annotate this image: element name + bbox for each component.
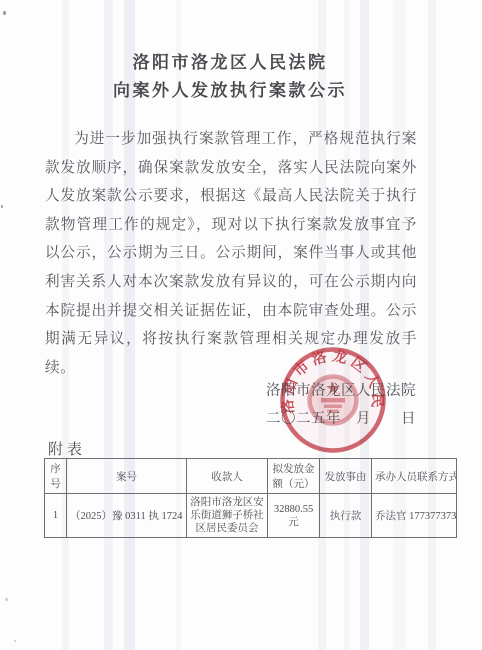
col-header-contact: 承办人员联系方式 — [372, 459, 457, 494]
cell-case-number: （2025）豫 0311 执 1724 号 — [67, 494, 187, 538]
attachment-table: 序号 案号 收款人 拟发放金额（元） 发放事由 承办人员联系方式 1 （2025… — [44, 458, 457, 538]
document-title-subject: 向案外人发放执行案款公示 — [40, 76, 420, 101]
scan-speck — [5, 598, 8, 601]
notice-body-paragraph: 为进一步加强执行案款管理工作，严格规范执行案款发放顺序，确保案款发放安全，落实人… — [45, 125, 417, 382]
table-header-row: 序号 案号 收款人 拟发放金额（元） 发放事由 承办人员联系方式 — [45, 459, 457, 494]
signature-date: 二〇二五年 月 日 — [266, 407, 416, 428]
cell-index: 1 — [45, 494, 67, 538]
cell-amount: 32880.55 元 — [268, 494, 320, 538]
document-title-court: 洛阳市洛龙区人民法院 — [40, 48, 420, 73]
cell-reason: 执行款 — [320, 494, 372, 538]
attachment-table-label: 附表 — [48, 438, 86, 459]
table-row: 1 （2025）豫 0311 执 1724 号 洛阳市洛龙区安乐街道狮子桥社区居… — [45, 494, 457, 538]
col-header-amount: 拟发放金额（元） — [268, 459, 320, 494]
scanned-notice-page: 洛阳市洛龙区人民法院 向案外人发放执行案款公示 为进一步加强执行案款管理工作，严… — [0, 0, 482, 650]
col-header-case-number: 案号 — [67, 459, 187, 494]
scan-streak — [428, 0, 436, 650]
col-header-index: 序号 — [45, 459, 67, 494]
scan-speck — [3, 11, 6, 15]
cell-contact: 乔法官 17737737312 — [372, 494, 457, 538]
cell-payee: 洛阳市洛龙区安乐街道狮子桥社区居民委员会 — [187, 494, 268, 538]
col-header-payee: 收款人 — [187, 459, 268, 494]
scan-speck — [14, 640, 16, 642]
col-header-reason: 发放事由 — [320, 459, 372, 494]
signature-court-name: 洛阳市洛龙区人民法院 — [266, 379, 416, 400]
scan-speck — [1, 205, 3, 208]
